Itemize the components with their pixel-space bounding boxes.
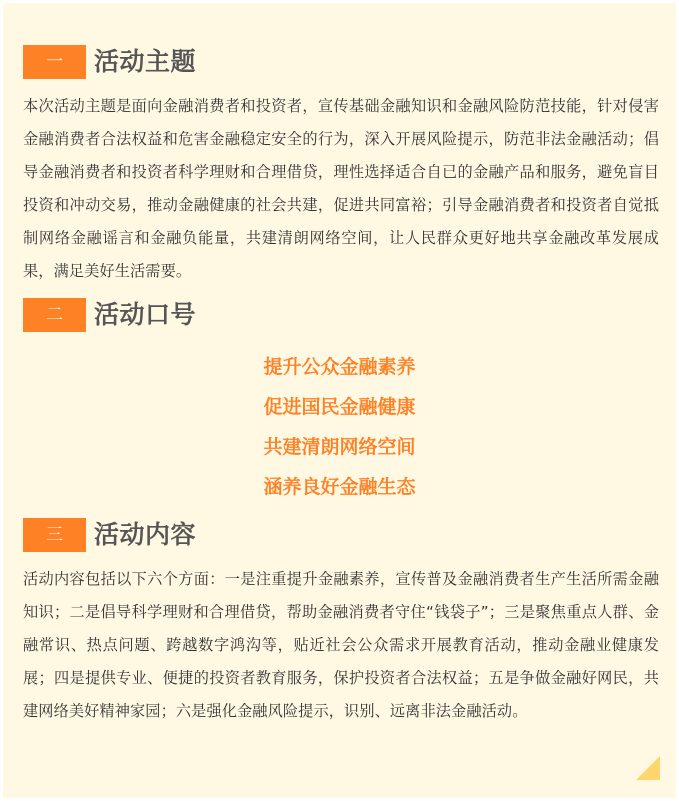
slogan-item: 提升公众金融素养 — [3, 347, 676, 387]
section-body-theme: 本次活动主题是面向金融消费者和投资者，宣传基础金融知识和金融风险防范技能，针对侵… — [23, 90, 659, 288]
section-number-badge: 三 — [23, 518, 86, 552]
slogan-item: 涵养良好金融生态 — [3, 467, 676, 507]
triangle-corner-icon — [636, 756, 660, 780]
slogan-item: 共建清朗网络空间 — [3, 427, 676, 467]
section-number-badge: 一 — [23, 45, 86, 79]
section-header-slogan: 二 活动口号 — [23, 298, 196, 332]
section-title: 活动内容 — [94, 518, 196, 552]
section-header-content: 三 活动内容 — [23, 518, 196, 552]
section-number-badge: 二 — [23, 298, 86, 332]
section-header-theme: 一 活动主题 — [23, 45, 196, 79]
section-title: 活动口号 — [94, 298, 196, 332]
article-page: 一 活动主题 本次活动主题是面向金融消费者和投资者，宣传基础金融知识和金融风险防… — [3, 3, 676, 798]
section-body-content: 活动内容包括以下六个方面：一是注重提升金融素养，宣传普及金融消费者生产生活所需金… — [23, 563, 659, 728]
slogan-list: 提升公众金融素养 促进国民金融健康 共建清朗网络空间 涵养良好金融生态 — [3, 347, 676, 507]
section-title: 活动主题 — [94, 45, 196, 79]
slogan-item: 促进国民金融健康 — [3, 387, 676, 427]
